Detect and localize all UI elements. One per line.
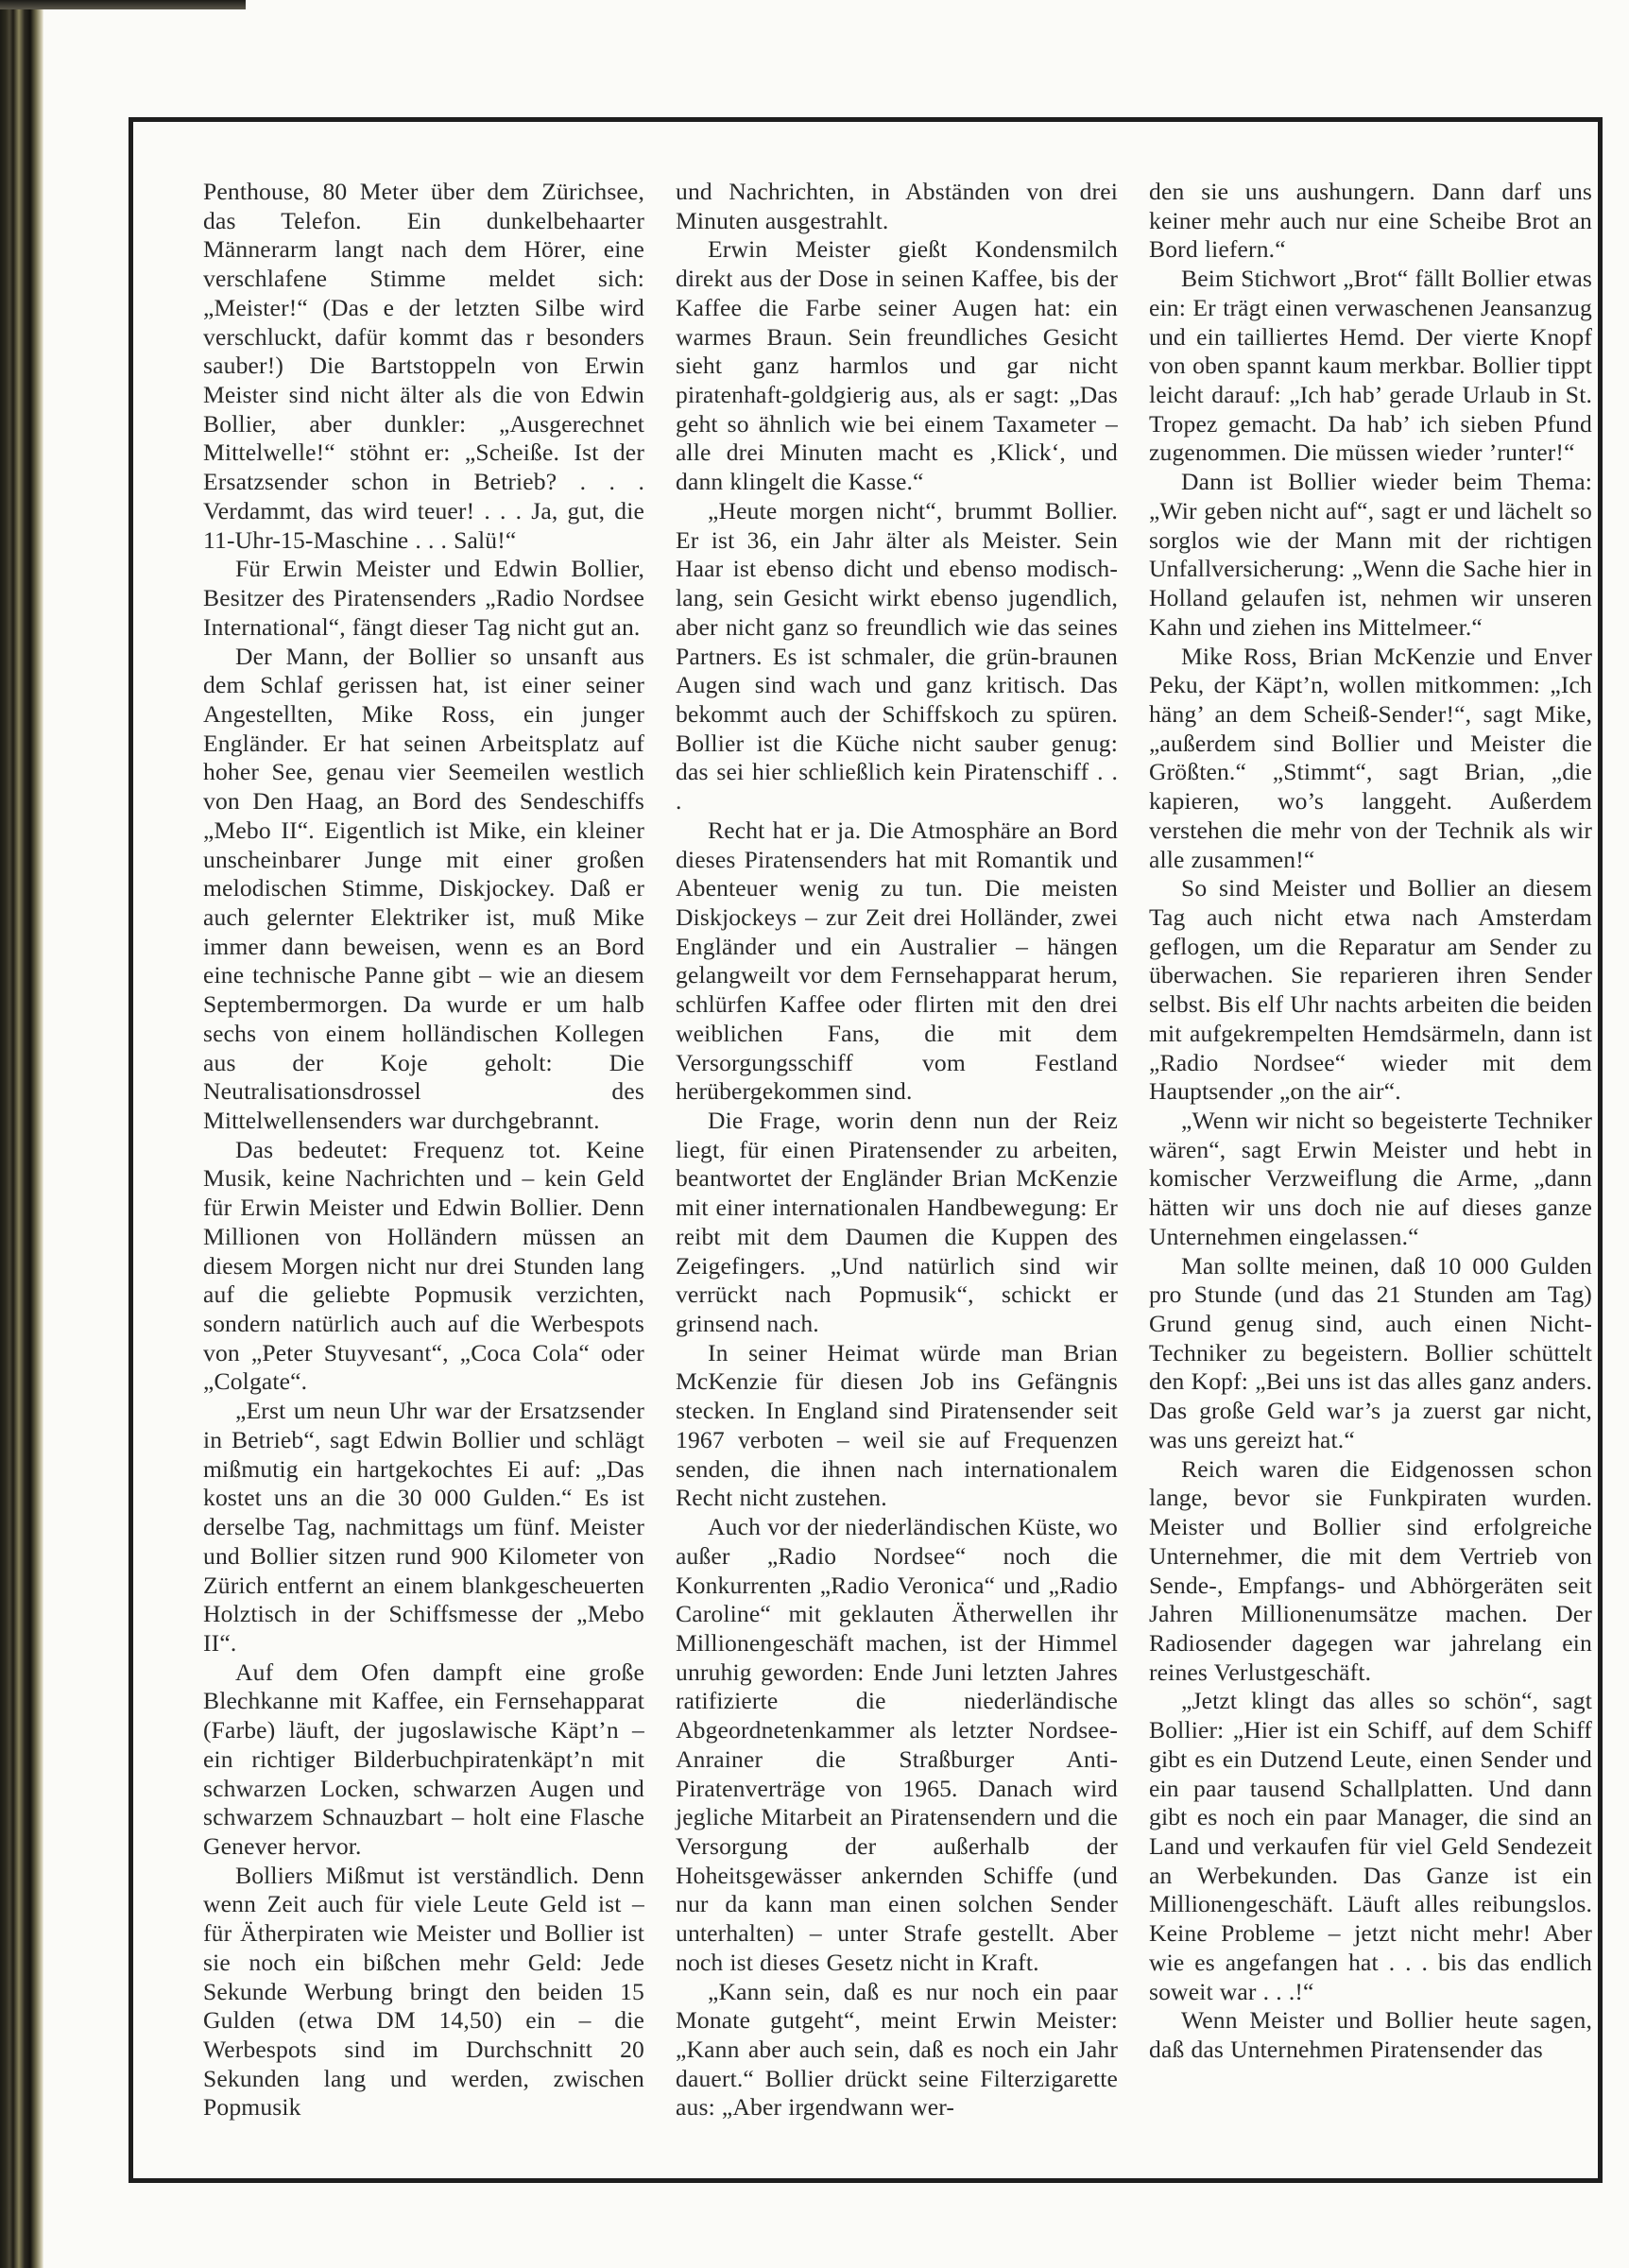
paragraph: Man sollte meinen, daß 10 000 Gulden pro…	[1149, 1252, 1592, 1455]
book-binding-edge	[0, 0, 43, 2268]
paragraph: „Jetzt klingt das alles so schön“, sagt …	[1149, 1687, 1592, 2006]
paragraph: In seiner Heimat würde man Brian McKenzi…	[676, 1339, 1118, 1513]
paragraph: Auch vor der niederländischen Küste, wo …	[676, 1513, 1118, 1978]
paragraph: Auf dem Ofen dampft eine große Blechkann…	[203, 1658, 644, 1862]
paragraph: Das bedeutet: Frequenz tot. Keine Musik,…	[203, 1136, 644, 1397]
paragraph: Mike Ross, Brian McKenzie und Enver Peku…	[1149, 643, 1592, 875]
paragraph: „Heute morgen nicht“, brummt Bollier. Er…	[676, 497, 1118, 816]
paragraph: Bolliers Mißmut ist verständlich. Denn w…	[203, 1862, 644, 2122]
paragraph: So sind Meister und Bollier an diesem Ta…	[1149, 874, 1592, 1107]
paragraph: Reich waren die Eidgenossen schon lange,…	[1149, 1455, 1592, 1688]
paragraph: „Kann sein, daß es nur noch ein paar Mon…	[676, 1978, 1118, 2123]
paragraph: „Erst um neun Uhr war der Ersatzsender i…	[203, 1397, 644, 1658]
paragraph: Dann ist Bollier wieder beim Thema: „Wir…	[1149, 468, 1592, 642]
paragraph: Die Frage, worin denn nun der Reiz liegt…	[676, 1107, 1118, 1339]
text-column-left: Penthouse, 80 Meter über dem Zürichsee, …	[203, 178, 644, 2122]
paragraph: und Nachrichten, in Abständen von drei M…	[676, 178, 1118, 235]
text-column-middle: und Nachrichten, in Abständen von drei M…	[676, 178, 1118, 2122]
paragraph: „Wenn wir nicht so begeisterte Techniker…	[1149, 1107, 1592, 1252]
paragraph: Penthouse, 80 Meter über dem Zürichsee, …	[203, 178, 644, 555]
text-column-right: den sie uns aushungern. Dann darf uns ke…	[1149, 178, 1592, 2065]
paragraph: Beim Stichwort „Brot“ fällt Bollier etwa…	[1149, 265, 1592, 468]
paragraph: Der Mann, der Bollier so unsanft aus dem…	[203, 643, 644, 1136]
paragraph: den sie uns aushungern. Dann darf uns ke…	[1149, 178, 1592, 265]
book-binding-top	[0, 0, 246, 9]
paragraph: Für Erwin Meister und Edwin Bollier, Bes…	[203, 555, 644, 642]
paragraph: Erwin Meister gießt Kondensmilch direkt …	[676, 235, 1118, 496]
paragraph: Recht hat er ja. Die Atmosphäre an Bord …	[676, 816, 1118, 1107]
paragraph: Wenn Meister und Bollier heute sagen, da…	[1149, 2006, 1592, 2064]
